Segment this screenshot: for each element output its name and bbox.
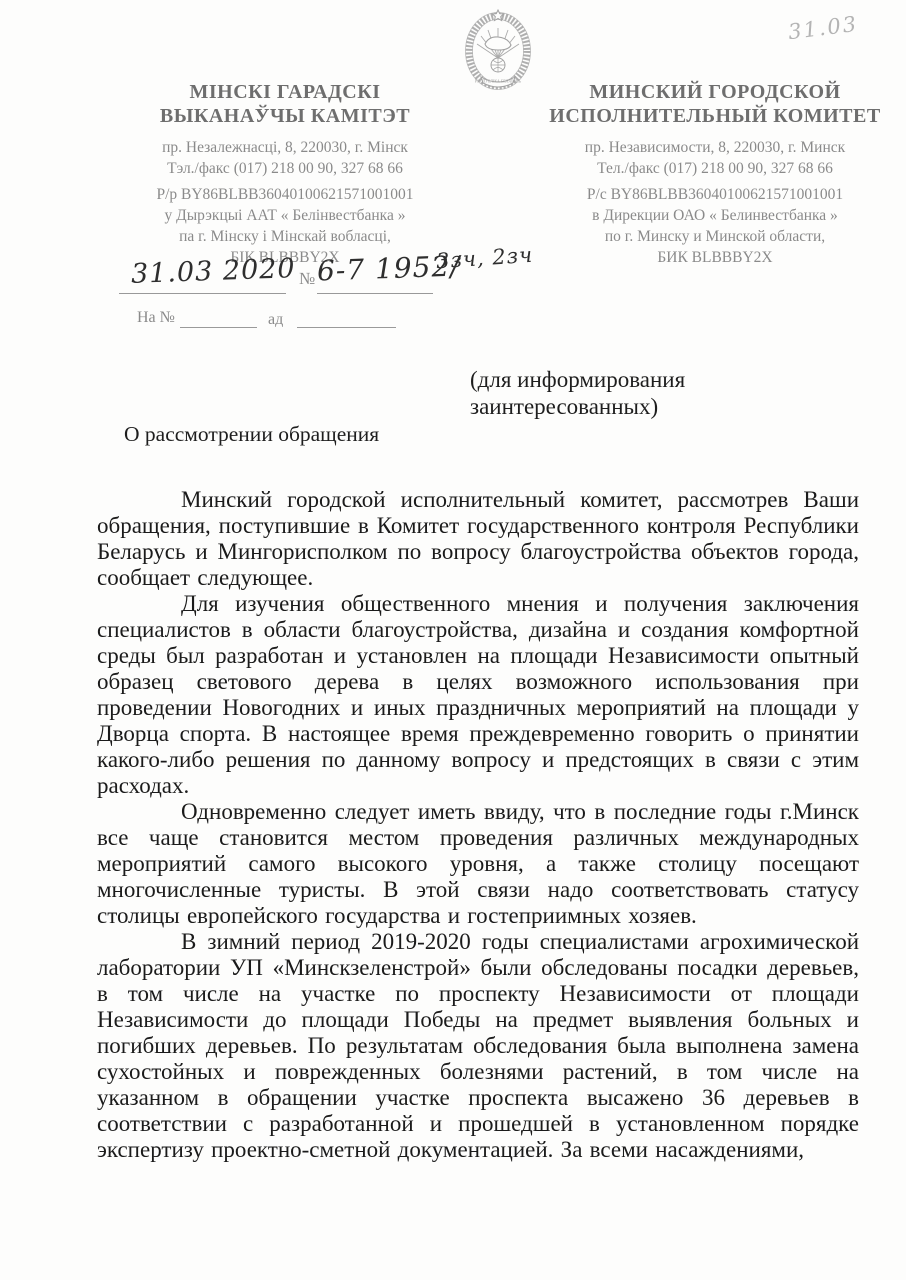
- handwritten-date: 31.03 2020: [131, 253, 297, 290]
- org-account-by: Р/р BY86BLBB36040100621571001001: [92, 184, 478, 205]
- belarus-coat-of-arms-icon: РЭСПУБЛІКА БЕЛАРУСЬ: [452, 6, 544, 90]
- org-title-by-line1: МІНСКІ ГАРАДСКІ: [92, 80, 478, 104]
- letter-body: Минский городской исполнительный комитет…: [97, 487, 859, 1163]
- org-bank-city-by: па г. Мінску і Мінскай вобласці,: [92, 226, 478, 247]
- letterhead-belarusian: МІНСКІ ГАРАДСКІ ВЫКАНАЎЧЫ КАМІТЭТ пр. Не…: [92, 80, 478, 268]
- org-address-by: пр. Незалежнасці, 8, 220030, г. Мінск: [92, 137, 478, 158]
- org-bank-by: у Дырэкцыі ААТ « Белінвестбанка »: [92, 205, 478, 226]
- body-paragraph: Для изучения общественного мнения и полу…: [97, 591, 859, 799]
- org-address-ru: пр. Независимости, 8, 220030, г. Минск: [522, 137, 906, 158]
- date-underline: [119, 293, 286, 294]
- org-title-ru-line1: МИНСКИЙ ГОРОДСКОЙ: [522, 80, 906, 104]
- org-title-ru-line2: ИСПОЛНИТЕЛЬНЫЙ КОМИТЕТ: [522, 104, 906, 128]
- reply-to-number-label: На №: [137, 309, 175, 327]
- pencil-date-note: 31.03: [787, 12, 860, 44]
- body-paragraph: В зимний период 2019-2020 годы специалис…: [97, 929, 859, 1163]
- number-underline: [317, 293, 433, 294]
- org-title-by-line2: ВЫКАНАЎЧЫ КАМІТЭТ: [92, 104, 478, 128]
- reply-from-date-label: ад: [268, 311, 283, 329]
- routing-annotation: (для информирования заинтересованных): [470, 366, 685, 420]
- routing-annotation-line2: заинтересованных): [470, 393, 685, 420]
- number-sign-label: №: [299, 269, 315, 289]
- org-bank-ru: в Дирекции ОАО « Белинвестбанка »: [522, 205, 906, 226]
- org-account-ru: Р/с BY86BLBB36040100621571001001: [522, 184, 906, 205]
- org-phone-ru: Тел./факс (017) 218 00 90, 327 68 66: [522, 158, 906, 179]
- org-bank-city-ru: по г. Минску и Минской области,: [522, 226, 906, 247]
- routing-annotation-line1: (для информирования: [470, 366, 685, 393]
- body-paragraph: Минский городской исполнительный комитет…: [97, 487, 859, 591]
- org-bik-ru: БИК BLBBBY2X: [522, 247, 906, 268]
- body-paragraph: Одновременно следует иметь ввиду, что в …: [97, 799, 859, 929]
- emblem-ribbon-text: РЭСПУБЛІКА БЕЛАРУСЬ: [475, 79, 522, 84]
- reply-number-underline: [180, 327, 257, 328]
- letterhead-russian: МИНСКИЙ ГОРОДСКОЙ ИСПОЛНИТЕЛЬНЫЙ КОМИТЕТ…: [522, 80, 906, 268]
- reply-date-underline: [297, 327, 396, 328]
- org-phone-by: Тэл./факс (017) 218 00 90, 327 68 66: [92, 158, 478, 179]
- letter-subject: О рассмотрении обращения: [124, 422, 379, 447]
- scanned-letter-page: 31.03: [0, 0, 906, 1280]
